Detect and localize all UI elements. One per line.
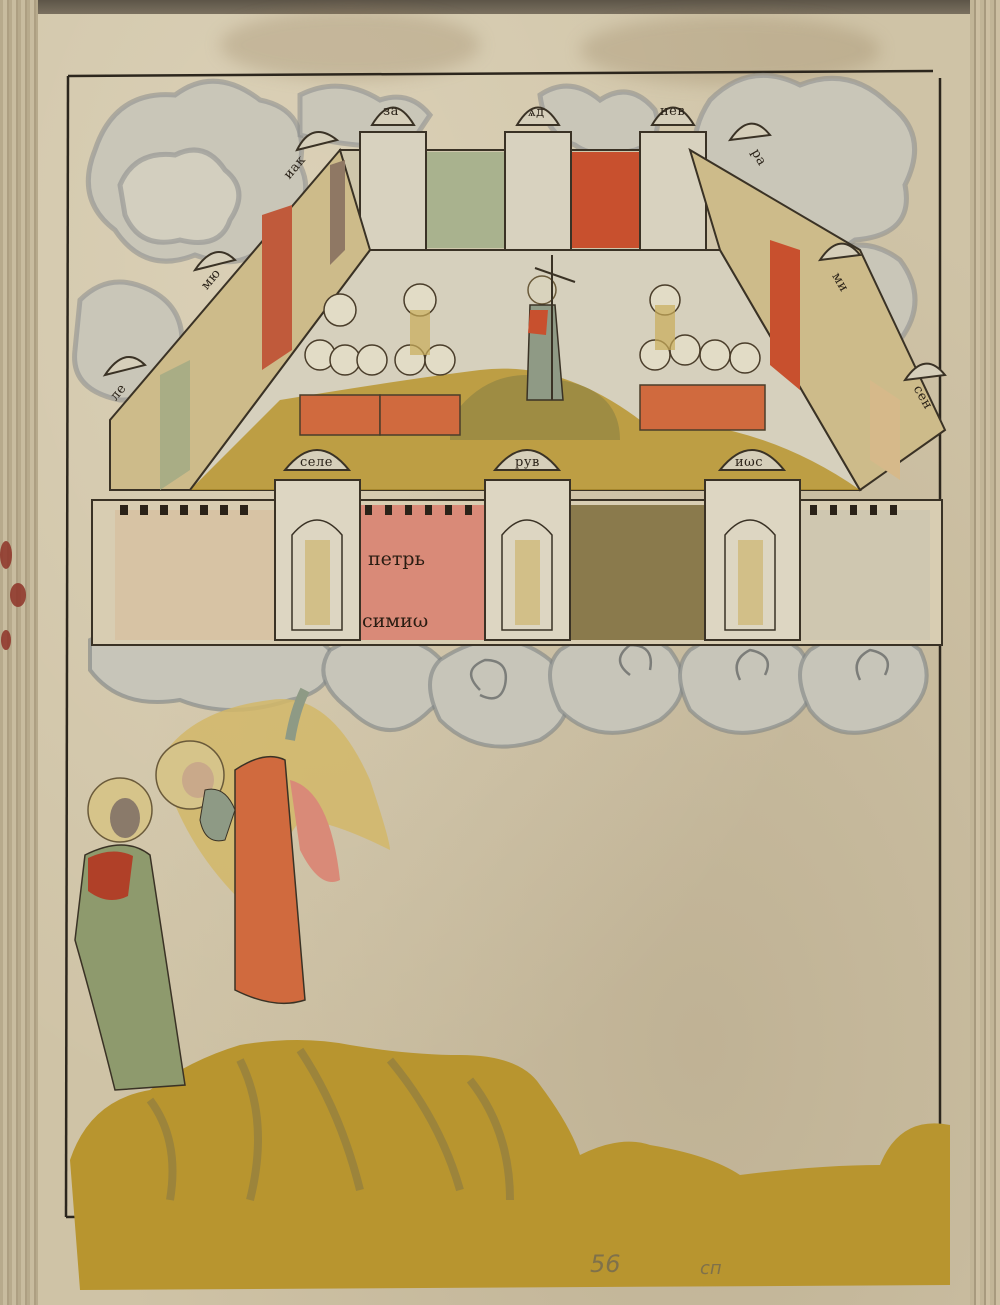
door-inscription-line1: петрь <box>368 548 425 570</box>
angel-figure <box>156 690 390 1003</box>
gate-label-front: рув <box>515 455 540 470</box>
gate-label-front: иωс <box>735 455 763 470</box>
gate-label-back: нев <box>660 104 685 119</box>
gate-label-back: ѧд <box>528 104 545 120</box>
gate-label-front: селе <box>300 455 333 470</box>
pencil-note: сп <box>700 1258 722 1279</box>
red-marginal-marks <box>0 541 26 650</box>
door-inscription-line2: симиω <box>362 610 428 632</box>
manuscript-page: за ѧд нев иак мю ле ра ми сен селе рув и… <box>0 0 1000 1305</box>
gate-label-back: за <box>383 104 399 119</box>
saint-john-figure <box>75 778 185 1090</box>
illumination <box>0 0 1000 1305</box>
pencil-folio-number: 56 <box>590 1250 621 1278</box>
